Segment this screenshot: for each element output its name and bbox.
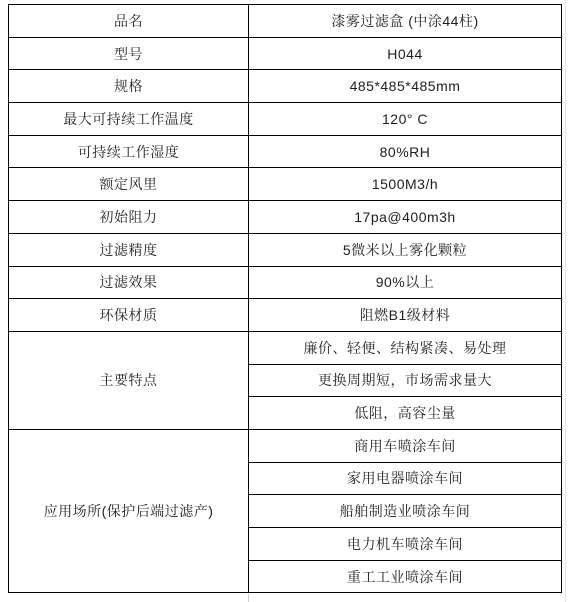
spec-value: 17pa@400m3h [249, 201, 562, 234]
spec-value: 485*485*485mm [249, 70, 562, 103]
spec-value: 商用车喷涂车间 [249, 429, 562, 462]
spec-label: 型号 [9, 37, 249, 70]
spec-value: 家用电器喷涂车间 [249, 462, 562, 495]
spec-value: 船舶制造业喷涂车间 [249, 495, 562, 528]
spec-value: H044 [249, 37, 562, 70]
table-row: 主要特点 廉价、轻便、结构紧凑、易处理 [9, 331, 562, 364]
spec-value: 漆雾过滤盒 (中涂44柱) [249, 5, 562, 38]
table-row: 品名 漆雾过滤盒 (中涂44柱) [9, 5, 562, 38]
spec-label: 过滤精度 [9, 233, 249, 266]
table-row: 初始阻力 17pa@400m3h [9, 201, 562, 234]
product-spec-table: 品名 漆雾过滤盒 (中涂44柱) 型号 H044 规格 485*485*485m… [8, 4, 562, 593]
table-row: 型号 H044 [9, 37, 562, 70]
spec-value: 阻燃B1级材料 [249, 299, 562, 332]
spec-value: 更换周期短，市场需求量大 [249, 364, 562, 397]
table-row: 应用场所(保护后端过滤产) 商用车喷涂车间 [9, 429, 562, 462]
table-row: 规格 485*485*485mm [9, 70, 562, 103]
table-row: 过滤精度 5微米以上雾化颗粒 [9, 233, 562, 266]
table-row: 可持续工作湿度 80%RH [9, 135, 562, 168]
spec-value: 90%以上 [249, 266, 562, 299]
spec-value: 1500M3/h [249, 168, 562, 201]
faint-gridline-divider-continuation [248, 594, 249, 602]
spec-label: 最大可持续工作温度 [9, 103, 249, 136]
spec-label: 过滤效果 [9, 266, 249, 299]
table-row: 环保材质 阻燃B1级材料 [9, 299, 562, 332]
spec-value: 低阻，高容尘量 [249, 397, 562, 430]
table-row: 额定风里 1500M3/h [9, 168, 562, 201]
spec-value: 廉价、轻便、结构紧凑、易处理 [249, 331, 562, 364]
spec-value: 电力机车喷涂车间 [249, 528, 562, 561]
spec-value: 80%RH [249, 135, 562, 168]
spec-label: 品名 [9, 5, 249, 38]
spec-label: 初始阻力 [9, 201, 249, 234]
spec-label: 额定风里 [9, 168, 249, 201]
table-row: 最大可持续工作温度 120° C [9, 103, 562, 136]
spec-value: 重工工业喷涂车间 [249, 560, 562, 593]
spreadsheet-page: 品名 漆雾过滤盒 (中涂44柱) 型号 H044 规格 485*485*485m… [0, 0, 568, 602]
table-row: 过滤效果 90%以上 [9, 266, 562, 299]
spec-value: 120° C [249, 103, 562, 136]
spec-label-main-features: 主要特点 [9, 331, 249, 429]
spec-label-application-places: 应用场所(保护后端过滤产) [9, 429, 249, 592]
spec-label: 环保材质 [9, 299, 249, 332]
spec-value: 5微米以上雾化颗粒 [249, 233, 562, 266]
faint-gridline-right [565, 0, 566, 602]
spec-label: 规格 [9, 70, 249, 103]
spec-label: 可持续工作湿度 [9, 135, 249, 168]
